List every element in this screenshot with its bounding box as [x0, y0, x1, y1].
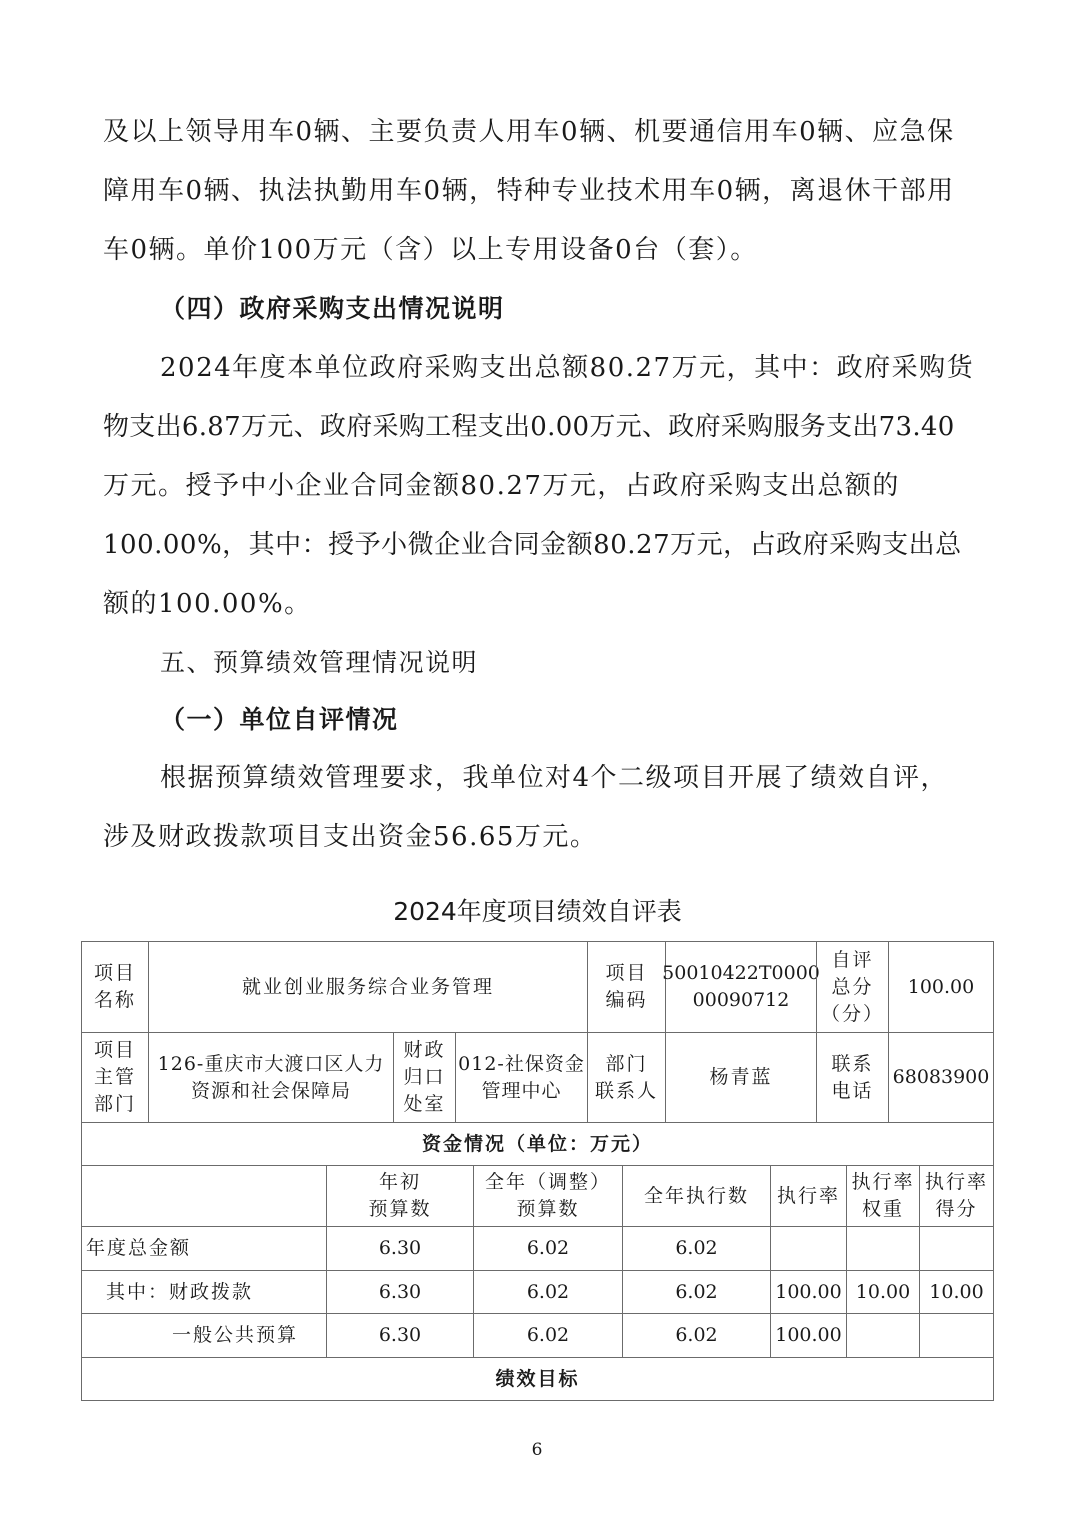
funds-row-adjusted: 6.02 [473, 1270, 623, 1314]
funds-section-header: 资金情况（单位：万元） [81, 1122, 994, 1166]
project-code-value: 50010422T000000090712 [665, 941, 817, 1033]
page-number: 6 [0, 1440, 1074, 1460]
funds-row-executed: 6.02 [622, 1313, 771, 1358]
funds-row-adjusted: 6.02 [473, 1226, 623, 1271]
funds-row-label: 年度总金额 [81, 1226, 327, 1271]
dept-label: 项目主管部门 [81, 1032, 149, 1123]
funds-row-label: 一般公共预算 [81, 1313, 327, 1358]
section-heading-procurement: （四）政府采购支出情况说明 [160, 289, 975, 329]
text-line: 额的100.00%。 [103, 584, 975, 624]
section-heading-performance: 五、预算绩效管理情况说明 [160, 643, 975, 683]
project-name-label: 项目名称 [81, 941, 149, 1033]
self-score-label: 自评总分（分） [816, 941, 889, 1033]
subsection-heading-self-eval: （一）单位自评情况 [160, 700, 975, 740]
text-line: 障用车0辆、执法执勤用车0辆，特种专业技术用车0辆，离退休干部用 [103, 171, 975, 211]
funds-row-executed: 6.02 [622, 1226, 771, 1271]
phone-label: 联系电话 [816, 1032, 889, 1123]
funds-row-weight [846, 1226, 920, 1271]
funds-row-rate [770, 1226, 847, 1271]
funds-row-rate: 100.00 [770, 1270, 847, 1314]
funds-row-weight [846, 1313, 920, 1358]
text-line: 100.00%，其中：授予小微企业合同金额80.27万元，占政府采购支出总 [103, 525, 975, 565]
funds-row-initial: 6.30 [326, 1226, 474, 1271]
table-title: 2024年度项目绩效自评表 [81, 892, 994, 932]
funds-row-adjusted: 6.02 [473, 1313, 623, 1358]
funds-col-header-adjusted: 全年（调整）预算数 [473, 1165, 623, 1227]
text-line: 根据预算绩效管理要求，我单位对4个二级项目开展了绩效自评， [160, 758, 975, 798]
text-line: 车0辆。单价100万元（含）以上专用设备0台（套）。 [103, 230, 975, 270]
text-line: 及以上领导用车0辆、主要负责人用车0辆、机要通信用车0辆、应急保 [103, 112, 975, 152]
finance-office-value: 012-社保资金管理中心 [455, 1032, 588, 1123]
finance-office-label: 财政归口处室 [393, 1032, 456, 1123]
funds-col-header-initial: 年初预算数 [326, 1165, 474, 1227]
funds-col-header-score: 执行率得分 [919, 1165, 994, 1227]
funds-col-header-weight: 执行率权重 [846, 1165, 920, 1227]
phone-value: 68083900 [888, 1032, 994, 1123]
project-name-value: 就业创业服务综合业务管理 [148, 941, 588, 1033]
funds-col-header-rate: 执行率 [770, 1165, 847, 1227]
funds-row-score [919, 1226, 994, 1271]
project-code-label: 项目编码 [587, 941, 666, 1033]
funds-col-header-executed: 全年执行数 [622, 1165, 771, 1227]
funds-row-score: 10.00 [919, 1270, 994, 1314]
funds-row-rate: 100.00 [770, 1313, 847, 1358]
text-line: 物支出6.87万元、政府采购工程支出0.00万元、政府采购服务支出73.40 [103, 407, 975, 447]
text-line: 万元。授予中小企业合同金额80.27万元，占政府采购支出总额的 [103, 466, 975, 506]
self-score-value: 100.00 [888, 941, 994, 1033]
contact-label: 部门联系人 [587, 1032, 666, 1123]
funds-row-weight: 10.00 [846, 1270, 920, 1314]
funds-row-initial: 6.30 [326, 1313, 474, 1358]
funds-col-header-blank [81, 1165, 327, 1227]
text-line: 2024年度本单位政府采购支出总额80.27万元，其中：政府采购货 [160, 348, 975, 388]
funds-row-label: 其中：财政拨款 [81, 1270, 327, 1314]
performance-self-eval-table: 项目名称 就业创业服务综合业务管理 项目编码 50010422T00000009… [81, 941, 994, 1400]
goals-section-header: 绩效目标 [81, 1357, 994, 1401]
funds-row-executed: 6.02 [622, 1270, 771, 1314]
text-line: 涉及财政拨款项目支出资金56.65万元。 [103, 817, 975, 857]
funds-row-initial: 6.30 [326, 1270, 474, 1314]
contact-value: 杨青蓝 [665, 1032, 817, 1123]
dept-value: 126-重庆市大渡口区人力资源和社会保障局 [148, 1032, 394, 1123]
funds-row-score [919, 1313, 994, 1358]
